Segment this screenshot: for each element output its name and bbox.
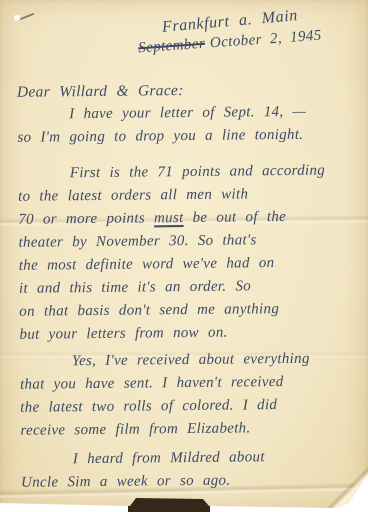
letter-body: Dear Willard & Grace: I have your letter… (17, 77, 360, 495)
letter-header: Frankfurt a. Main SeptemberOctober 2, 19… (110, 13, 350, 51)
letter-line-segment: be out of the (183, 209, 286, 226)
letter-line: First is the 71 points and according (18, 159, 357, 186)
scanned-letter: Frankfurt a. Main SeptemberOctober 2, 19… (0, 0, 368, 512)
letter-line: so I'm going to drop you a line tonight. (17, 123, 356, 150)
letter-line: I have your letter of Sept. 14, — (17, 100, 356, 127)
letter-paper: Frankfurt a. Main SeptemberOctober 2, 19… (0, 0, 368, 512)
letter-line: Uncle Sim a week or so ago. (21, 468, 360, 495)
letter-line: but your letters from now on. (19, 320, 358, 347)
paper-mark (16, 6, 34, 20)
letter-line: receive some film from Elizabeth. (20, 416, 359, 443)
letter-line: Yes, I've received about everything (20, 347, 359, 374)
struck-month: September (138, 36, 206, 57)
letter-line-segment: 70 or more points (18, 210, 154, 227)
underlined-word: must (154, 210, 184, 226)
